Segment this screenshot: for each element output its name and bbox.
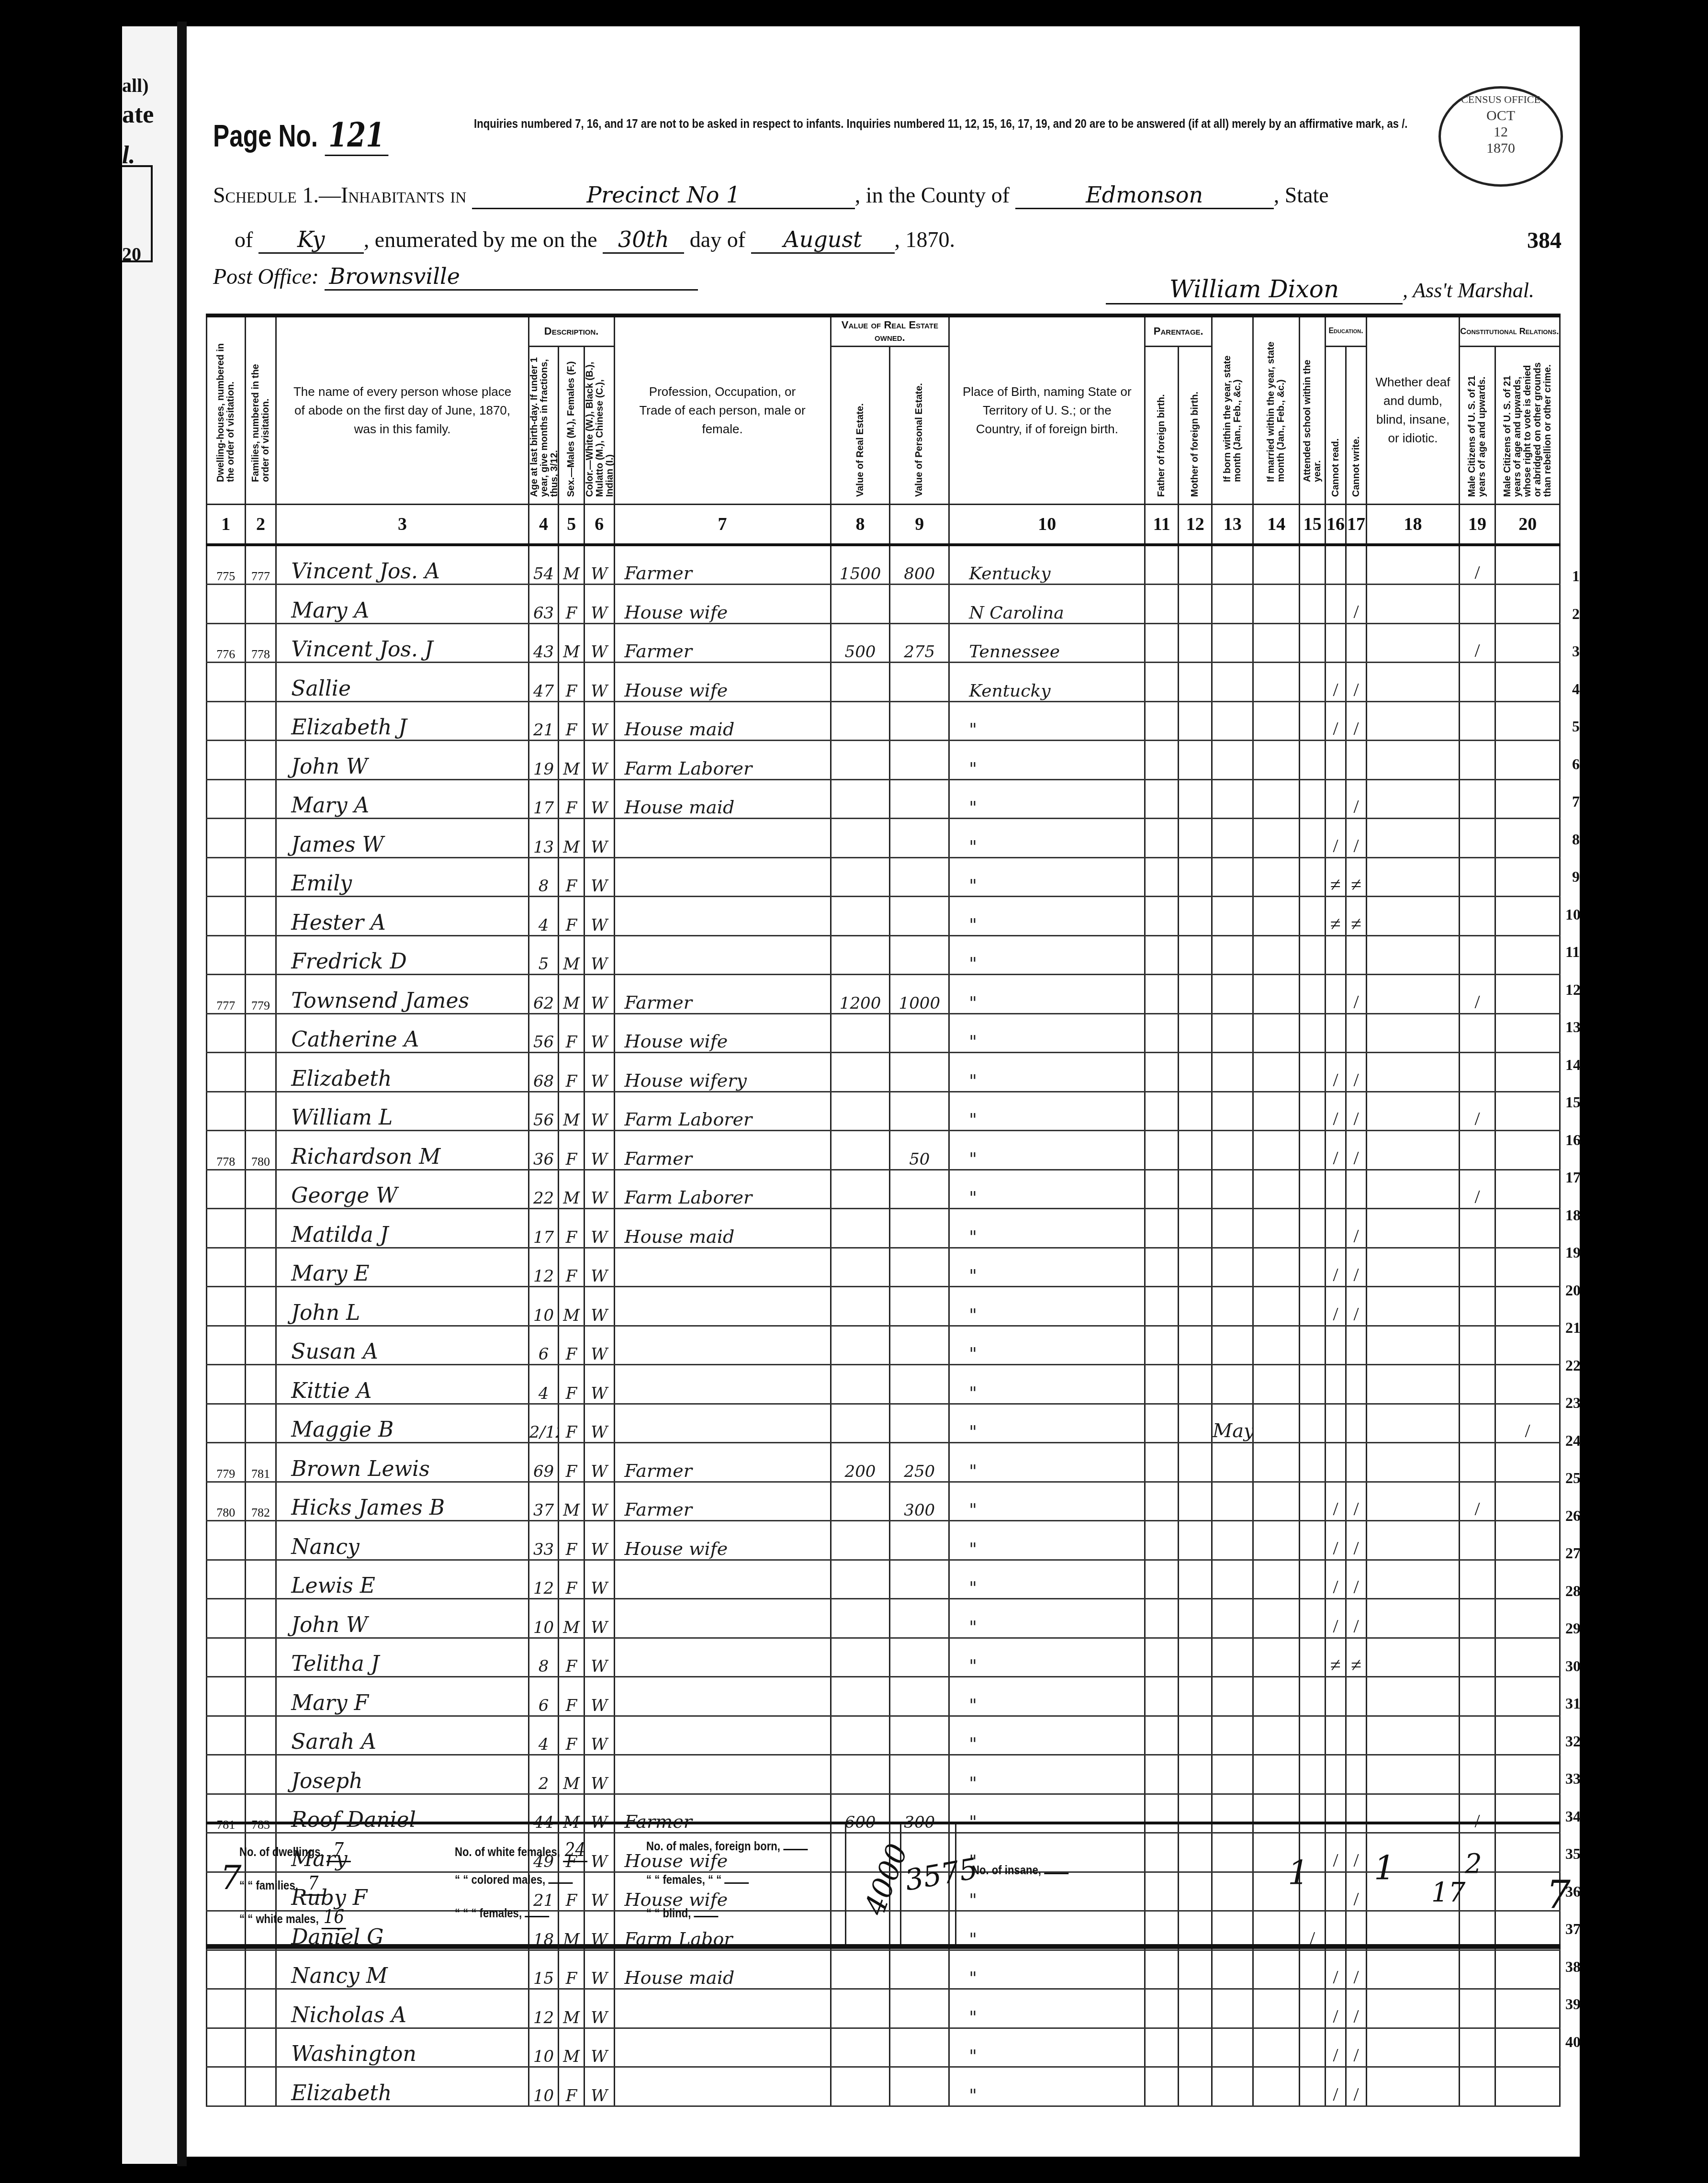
header-sex: Sex.—Males (M.), Females (F.) — [566, 353, 576, 497]
color: W — [584, 779, 614, 819]
vote-denied — [1495, 585, 1560, 624]
married-within-year — [1253, 1599, 1300, 1638]
mother-foreign — [1179, 1560, 1212, 1599]
occupation — [614, 1989, 831, 2028]
sex: M — [559, 935, 584, 975]
cannot-read: / — [1326, 1131, 1346, 1170]
col-num: 7 — [614, 504, 831, 545]
summary-white-females: No. of white females, 24 — [455, 1839, 587, 1862]
person-name: Susan A — [276, 1326, 528, 1365]
line-number: 16 — [1565, 1131, 1580, 1149]
cannot-read: / — [1326, 819, 1346, 858]
cannot-write — [1346, 1326, 1367, 1365]
birthplace: Kentucky — [949, 663, 1145, 702]
born-within-year — [1212, 663, 1253, 702]
born-within-year — [1212, 1989, 1253, 2028]
sex: F — [559, 1521, 584, 1560]
color: W — [584, 1599, 614, 1638]
line-number: 12 — [1565, 981, 1580, 999]
mother-foreign — [1179, 1326, 1212, 1365]
male-citizen — [1459, 1599, 1495, 1638]
attended-school — [1300, 741, 1326, 780]
real-estate-value — [831, 1560, 890, 1599]
table-row: John L10MW"// — [207, 1287, 1560, 1326]
male-citizen — [1459, 1950, 1495, 1989]
deaf-blind — [1367, 1716, 1460, 1755]
birthplace: " — [949, 1521, 1145, 1560]
cannot-write: / — [1346, 1091, 1367, 1131]
cannot-read — [1326, 1443, 1346, 1482]
line-number: 24 — [1565, 1432, 1580, 1450]
male-citizen — [1459, 1287, 1495, 1326]
age: 21 — [528, 701, 558, 741]
color: W — [584, 1482, 614, 1521]
attended-school — [1300, 1287, 1326, 1326]
male-citizen: / — [1459, 1482, 1495, 1521]
dwelling-number — [207, 1209, 246, 1248]
married-within-year — [1253, 1248, 1300, 1287]
occupation: House wife — [614, 1521, 831, 1560]
vote-denied — [1495, 2067, 1560, 2106]
table-row: Elizabeth68FWHouse wifery"// — [207, 1053, 1560, 1092]
color: W — [584, 2028, 614, 2067]
sex: F — [559, 1638, 584, 1677]
personal-estate-value — [890, 1716, 949, 1755]
mother-foreign — [1179, 1287, 1212, 1326]
mother-foreign — [1179, 1209, 1212, 1248]
vote-denied — [1495, 1599, 1560, 1638]
father-foreign — [1145, 1989, 1179, 2028]
col-num: 10 — [949, 504, 1145, 545]
personal-estate-value — [890, 1755, 949, 1794]
color: W — [584, 1404, 614, 1443]
occupation — [614, 2028, 831, 2067]
line-number: 9 — [1565, 868, 1580, 886]
table-row: 778780Richardson M36FWFarmer50"// — [207, 1131, 1560, 1170]
born-within-year — [1212, 819, 1253, 858]
deaf-blind — [1367, 701, 1460, 741]
enumerated-label: , enumerated by me on the — [364, 227, 597, 252]
born-within-year — [1212, 1287, 1253, 1326]
line-number: 40 — [1565, 2033, 1580, 2051]
summary-families: “ “ families, 7 — [239, 1872, 326, 1896]
born-within-year — [1212, 975, 1253, 1014]
table-row: Mary A17FWHouse maid"/ — [207, 779, 1560, 819]
post-office-label: Post Office: — [213, 264, 319, 289]
male-citizen — [1459, 935, 1495, 975]
attended-school — [1300, 1560, 1326, 1599]
deaf-blind — [1367, 1209, 1460, 1248]
census-page: Page No. 121 Inquiries numbered 7, 16, a… — [187, 26, 1580, 2157]
age: 19 — [528, 741, 558, 780]
cannot-read — [1326, 623, 1346, 663]
header-attended-school: Attended school within the year. — [1303, 338, 1323, 482]
age: 10 — [528, 1287, 558, 1326]
personal-estate-value — [890, 2028, 949, 2067]
male-citizen — [1459, 1053, 1495, 1092]
real-estate-value — [831, 1248, 890, 1287]
col-num: 9 — [890, 504, 949, 545]
color: W — [584, 1053, 614, 1092]
born-within-year — [1212, 1599, 1253, 1638]
cannot-write: ≠ — [1346, 897, 1367, 936]
summary-blind: “ “ blind, — [646, 1906, 718, 1921]
table-row: Emily8FW"≠≠ — [207, 857, 1560, 897]
real-estate-value — [831, 1755, 890, 1794]
person-name: James W — [276, 819, 528, 858]
personal-estate-value — [890, 1053, 949, 1092]
table-row: Nancy33FWHouse wife"// — [207, 1521, 1560, 1560]
male-citizen — [1459, 1013, 1495, 1053]
attended-school — [1300, 857, 1326, 897]
vote-denied — [1495, 975, 1560, 1014]
occupation: Farmer — [614, 1482, 831, 1521]
cannot-read — [1326, 1326, 1346, 1365]
line-number: 21 — [1565, 1319, 1580, 1337]
sex: F — [559, 1013, 584, 1053]
attended-school — [1300, 1326, 1326, 1365]
sex: F — [559, 1404, 584, 1443]
personal-estate-value — [890, 1287, 949, 1326]
born-within-year — [1212, 1482, 1253, 1521]
vote-denied — [1495, 701, 1560, 741]
real-estate-value — [831, 2067, 890, 2106]
header-married-within-year: If married within the year, state month … — [1266, 338, 1286, 482]
cannot-write: / — [1346, 1131, 1367, 1170]
age: 13 — [528, 819, 558, 858]
mother-foreign — [1179, 1248, 1212, 1287]
dwelling-number: 776 — [207, 623, 246, 663]
cannot-read: / — [1326, 1287, 1346, 1326]
cannot-read — [1326, 1209, 1346, 1248]
sex: M — [559, 975, 584, 1014]
cannot-read: / — [1326, 2067, 1346, 2106]
occupation — [614, 1287, 831, 1326]
dwelling-number — [207, 935, 246, 975]
married-within-year — [1253, 1170, 1300, 1209]
age: 2 — [528, 1755, 558, 1794]
father-foreign — [1145, 1131, 1179, 1170]
attended-school — [1300, 935, 1326, 975]
father-foreign — [1145, 1365, 1179, 1404]
line-number: 30 — [1565, 1657, 1580, 1675]
line-number: 4 — [1565, 680, 1580, 698]
color: W — [584, 897, 614, 936]
previous-page-edge: all) ate l. 20 — [122, 26, 177, 2164]
birthplace: " — [949, 857, 1145, 897]
family-number — [245, 1521, 276, 1560]
summary-dwellings: No. of dwellings, 7 — [239, 1839, 351, 1862]
occupation: House wife — [614, 663, 831, 702]
deaf-blind — [1367, 1443, 1460, 1482]
table-row: John W19MWFarm Laborer" — [207, 741, 1560, 780]
table-row: 776778Vincent Jos. J43MWFarmer500275Tenn… — [207, 623, 1560, 663]
born-within-year — [1212, 897, 1253, 936]
dwelling-number — [207, 2028, 246, 2067]
real-estate-value: 500 — [831, 623, 890, 663]
header-education-group: Education. — [1326, 327, 1366, 336]
birthplace: " — [949, 1443, 1145, 1482]
line-number: 15 — [1565, 1093, 1580, 1111]
deaf-blind — [1367, 1326, 1460, 1365]
col-num: 18 — [1367, 504, 1460, 545]
family-number: 782 — [245, 1482, 276, 1521]
color: W — [584, 741, 614, 780]
father-foreign — [1145, 897, 1179, 936]
cannot-read — [1326, 1013, 1346, 1053]
summary-total-personal-estate: 3575 — [902, 1852, 980, 1897]
family-number — [245, 1287, 276, 1326]
attended-school — [1300, 1989, 1326, 2028]
attended-school — [1300, 701, 1326, 741]
dwelling-number — [207, 1755, 246, 1794]
birthplace: " — [949, 1950, 1145, 1989]
vote-denied — [1495, 623, 1560, 663]
married-within-year — [1253, 1209, 1300, 1248]
married-within-year — [1253, 1560, 1300, 1599]
dwelling-number — [207, 897, 246, 936]
born-within-year — [1212, 2028, 1253, 2067]
age: 54 — [528, 545, 558, 585]
personal-estate-value — [890, 1599, 949, 1638]
male-citizen — [1459, 2067, 1495, 2106]
table-row: Joseph2MW" — [207, 1755, 1560, 1794]
cannot-write: / — [1346, 1248, 1367, 1287]
cannot-read: / — [1326, 701, 1346, 741]
personal-estate-value — [890, 2067, 949, 2106]
family-number — [245, 1677, 276, 1716]
sex: M — [559, 1287, 584, 1326]
cannot-write: / — [1346, 1950, 1367, 1989]
color: W — [584, 1287, 614, 1326]
real-estate-value: 1500 — [831, 545, 890, 585]
summary-families-value: 7 — [301, 1872, 326, 1896]
prev-page-text-1: all) — [122, 74, 149, 97]
mother-foreign — [1179, 1365, 1212, 1404]
father-foreign — [1145, 857, 1179, 897]
header-deaf-blind: Whether deaf and dumb, blind, insane, or… — [1367, 373, 1459, 448]
birthplace: " — [949, 819, 1145, 858]
mother-foreign — [1179, 1755, 1212, 1794]
family-number — [245, 935, 276, 975]
col-num: 1 — [207, 504, 246, 545]
attended-school — [1300, 1013, 1326, 1053]
married-within-year — [1253, 1950, 1300, 1989]
table-row: George W22MWFarm Laborer"/ — [207, 1170, 1560, 1209]
mother-foreign — [1179, 975, 1212, 1014]
born-within-year — [1212, 623, 1253, 663]
married-within-year — [1253, 2067, 1300, 2106]
table-row: 775777Vincent Jos. A54MWFarmer1500800Ken… — [207, 545, 1560, 585]
occupation: House maid — [614, 701, 831, 741]
dwelling-number — [207, 1521, 246, 1560]
father-foreign — [1145, 1677, 1179, 1716]
born-within-year — [1212, 585, 1253, 624]
deaf-blind — [1367, 1091, 1460, 1131]
mother-foreign — [1179, 663, 1212, 702]
father-foreign — [1145, 1950, 1179, 1989]
personal-estate-value: 250 — [890, 1443, 949, 1482]
birthplace: " — [949, 779, 1145, 819]
instructions-note: Inquiries numbered 7, 16, and 17 are not… — [474, 115, 1410, 132]
line-number: 7 — [1565, 793, 1580, 810]
line-number: 2 — [1565, 605, 1580, 623]
sex: F — [559, 701, 584, 741]
cannot-write: / — [1346, 1053, 1367, 1092]
married-within-year — [1253, 1091, 1300, 1131]
attended-school — [1300, 663, 1326, 702]
occupation — [614, 1248, 831, 1287]
stamp-month: OCT — [1441, 108, 1561, 124]
attended-school — [1300, 2028, 1326, 2067]
line-number: 39 — [1565, 1995, 1580, 2013]
cannot-read — [1326, 1755, 1346, 1794]
vote-denied — [1495, 1443, 1560, 1482]
born-within-year — [1212, 1755, 1253, 1794]
line-number: 35 — [1565, 1845, 1580, 1863]
birthplace: " — [949, 1091, 1145, 1131]
occupation — [614, 819, 831, 858]
birthplace: " — [949, 701, 1145, 741]
mother-foreign — [1179, 1521, 1212, 1560]
summary-white-males-value: 16 — [322, 1906, 346, 1929]
cannot-write: / — [1346, 975, 1367, 1014]
married-within-year — [1253, 1131, 1300, 1170]
real-estate-value — [831, 585, 890, 624]
mother-foreign — [1179, 741, 1212, 780]
page-number-label: Page No. — [213, 119, 318, 153]
born-within-year — [1212, 1248, 1253, 1287]
person-name: Kittie A — [276, 1365, 528, 1404]
age: 63 — [528, 585, 558, 624]
deaf-blind — [1367, 897, 1460, 936]
family-number — [245, 2067, 276, 2106]
born-within-year — [1212, 779, 1253, 819]
personal-estate-value — [890, 1248, 949, 1287]
married-within-year — [1253, 1638, 1300, 1677]
sex: F — [559, 857, 584, 897]
line-number: 37 — [1565, 1920, 1580, 1938]
personal-estate-value — [890, 701, 949, 741]
prev-page-col-number: 20 — [122, 243, 141, 265]
col-num: 16 — [1326, 504, 1346, 545]
deaf-blind — [1367, 857, 1460, 897]
mother-foreign — [1179, 1013, 1212, 1053]
birthplace: " — [949, 1599, 1145, 1638]
cannot-write — [1346, 623, 1367, 663]
cannot-read: / — [1326, 1989, 1346, 2028]
occupation — [614, 1560, 831, 1599]
attended-school — [1300, 1248, 1326, 1287]
real-estate-value — [831, 741, 890, 780]
father-foreign — [1145, 819, 1179, 858]
header-father-foreign: Father of foreign birth. — [1157, 353, 1167, 497]
born-within-year: May — [1212, 1404, 1253, 1443]
male-citizen — [1459, 1209, 1495, 1248]
color: W — [584, 1131, 614, 1170]
marshal-signature-line: William Dixon, Ass't Marshal. — [1106, 275, 1534, 304]
birthplace: " — [949, 1209, 1145, 1248]
header-vote-denied: Male Citizens of U. S. of 21 years of ag… — [1503, 353, 1553, 497]
sex: F — [559, 1716, 584, 1755]
married-within-year — [1253, 897, 1300, 936]
person-name: Washington — [276, 2028, 528, 2067]
table-row: James W13MW"// — [207, 819, 1560, 858]
line-number: 5 — [1565, 718, 1580, 735]
married-within-year — [1253, 779, 1300, 819]
color: W — [584, 1170, 614, 1209]
cannot-write: / — [1346, 1209, 1367, 1248]
married-within-year — [1253, 1365, 1300, 1404]
mother-foreign — [1179, 545, 1212, 585]
male-citizen: / — [1459, 1091, 1495, 1131]
male-citizen: / — [1459, 623, 1495, 663]
personal-estate-value — [890, 1560, 949, 1599]
age: 4 — [528, 897, 558, 936]
summary-c15-tally: 1 — [1288, 1853, 1309, 1892]
age: 12 — [528, 1560, 558, 1599]
real-estate-value — [831, 1170, 890, 1209]
real-estate-value — [831, 1209, 890, 1248]
color: W — [584, 1521, 614, 1560]
real-estate-value — [831, 1013, 890, 1053]
cannot-read: / — [1326, 1482, 1346, 1521]
person-name: John W — [276, 1599, 528, 1638]
dwelling-number — [207, 1560, 246, 1599]
deaf-blind — [1367, 623, 1460, 663]
attended-school — [1300, 1677, 1326, 1716]
age: 62 — [528, 975, 558, 1014]
vote-denied — [1495, 1755, 1560, 1794]
male-citizen — [1459, 819, 1495, 858]
sex: F — [559, 1365, 584, 1404]
cannot-read: / — [1326, 1091, 1346, 1131]
deaf-blind — [1367, 819, 1460, 858]
line-number: 19 — [1565, 1244, 1580, 1261]
mother-foreign — [1179, 819, 1212, 858]
table-row: John W10MW"// — [207, 1599, 1560, 1638]
cannot-write: / — [1346, 1560, 1367, 1599]
born-within-year — [1212, 935, 1253, 975]
cannot-read — [1326, 1170, 1346, 1209]
cannot-write: / — [1346, 1599, 1367, 1638]
color: W — [584, 857, 614, 897]
father-foreign — [1145, 975, 1179, 1014]
dwelling-number — [207, 1326, 246, 1365]
table-row: 779781Brown Lewis69FWFarmer200250" — [207, 1443, 1560, 1482]
dwelling-number — [207, 1365, 246, 1404]
birthplace: N Carolina — [949, 585, 1145, 624]
header-description-group: Description. — [529, 325, 614, 338]
father-foreign — [1145, 623, 1179, 663]
father-foreign — [1145, 1326, 1179, 1365]
deaf-blind — [1367, 1755, 1460, 1794]
age: 6 — [528, 1677, 558, 1716]
personal-estate-value: 300 — [890, 1482, 949, 1521]
deaf-blind — [1367, 2028, 1460, 2067]
cannot-read — [1326, 1716, 1346, 1755]
born-within-year — [1212, 857, 1253, 897]
mother-foreign — [1179, 1989, 1212, 2028]
family-number — [245, 1170, 276, 1209]
family-number — [245, 897, 276, 936]
real-estate-value — [831, 1053, 890, 1092]
sex: F — [559, 1677, 584, 1716]
family-number — [245, 1091, 276, 1131]
table-row: Mary E12FW"// — [207, 1248, 1560, 1287]
header-real-estate-value: Value of Real Estate. — [855, 353, 865, 497]
color: W — [584, 701, 614, 741]
